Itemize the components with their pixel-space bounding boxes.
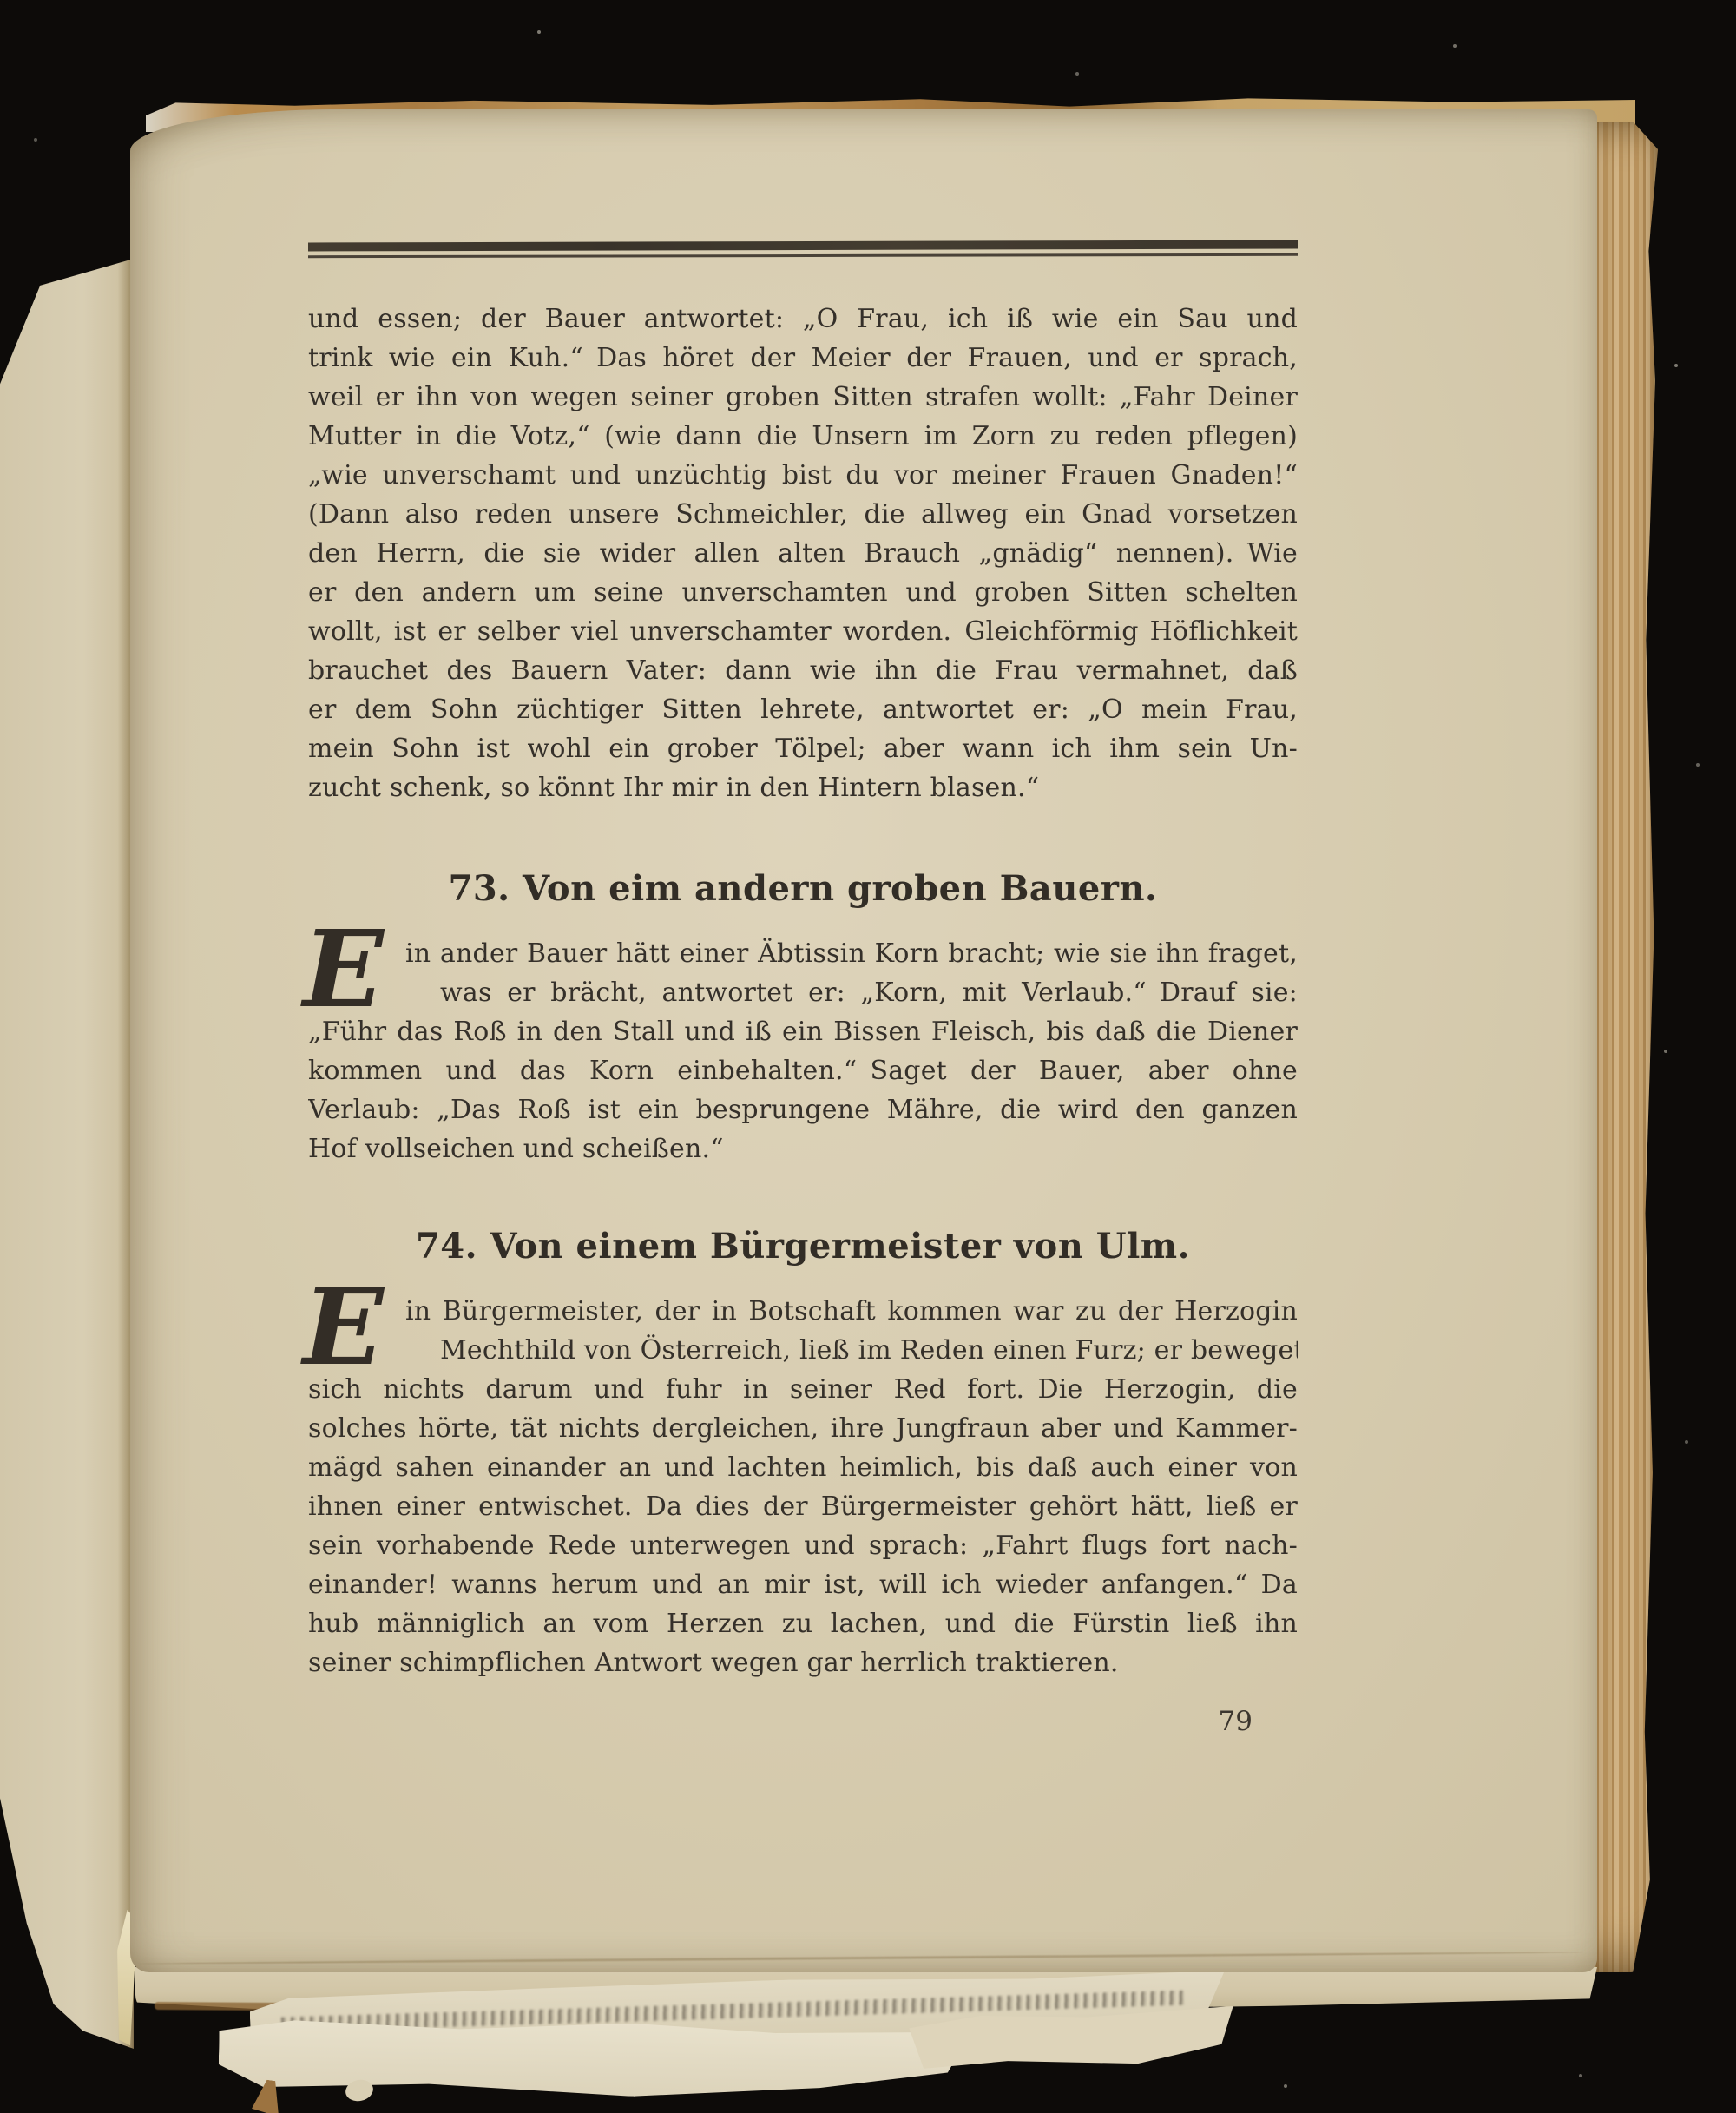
book-page: und essen; der Bauer antwortet: „O Frau,… <box>130 109 1597 1972</box>
text-line: er den andern um seine unverschamten und… <box>308 573 1298 612</box>
section-heading-74: 74. Von einem Bürgermeister von Ulm. <box>308 1224 1298 1269</box>
header-rule-thick <box>308 240 1298 252</box>
section-74: E in Bürgermeister, der in Botschaft kom… <box>308 1292 1298 1682</box>
text-line: trink wie ein Kuh.“ Das höret der Meier … <box>308 339 1298 378</box>
text-line: hub männiglich an vom Herzen zu lachen, … <box>308 1604 1298 1643</box>
section-73-text: in ander Bauer hätt einer Äbtissin Korn … <box>308 934 1298 1168</box>
text-line: „wie unverschamt und unzüchtig bist du v… <box>308 456 1298 495</box>
bottom-page-crease <box>139 1951 1583 1965</box>
drop-cap-initial: E <box>303 1281 433 1377</box>
text-line: mägd sahen einander an und lachten heiml… <box>308 1448 1298 1487</box>
text-line: einander! wanns herum und an mir ist, wi… <box>308 1565 1298 1604</box>
text-line: „Führ das Roß in den Stall und iß ein Bi… <box>308 1012 1298 1051</box>
text-line: er dem Sohn züchtiger Sitten lehrete, an… <box>308 690 1298 729</box>
text-line: und essen; der Bauer antwortet: „O Frau,… <box>308 300 1298 339</box>
page-content: und essen; der Bauer antwortet: „O Frau,… <box>308 241 1298 1740</box>
text-line: mein Sohn ist wohl ein grober Tölpel; ab… <box>308 729 1298 768</box>
text-line: Verlaub: „Das Roß ist ein besprungene Mä… <box>308 1090 1298 1129</box>
text-line: sich nichts darum und fuhr in seiner Red… <box>308 1370 1298 1409</box>
text-line: in ander Bauer hätt einer Äbtissin Korn … <box>308 934 1298 973</box>
text-line: den Herrn, die sie wider allen alten Bra… <box>308 534 1298 573</box>
text-line: ihnen einer entwischet. Da dies der Bürg… <box>308 1487 1298 1526</box>
text-line: kommen und das Korn einbehalten.“ Saget … <box>308 1051 1298 1090</box>
text-line: Hof vollseichen und scheißen.“ <box>308 1129 1298 1168</box>
page-number: 79 <box>308 1703 1298 1740</box>
text-line: sein vorhabende Rede unterwegen und spra… <box>308 1526 1298 1565</box>
text-line: in Bürgermeister, der in Botschaft komme… <box>308 1292 1298 1331</box>
text-line: Mutter in die Votz,“ (wie dann die Unser… <box>308 417 1298 456</box>
text-line: brauchet des Bauern Vater: dann wie ihn … <box>308 651 1298 690</box>
book-fore-edge <box>1592 122 1658 1972</box>
section-73: E in ander Bauer hätt einer Äbtissin Kor… <box>308 934 1298 1168</box>
text-line: was er brächt, antwortet er: „Korn, mit … <box>308 973 1298 1012</box>
text-line: solches hörte, tät nichts dergleichen, i… <box>308 1409 1298 1448</box>
text-line: seiner schimpflichen Antwort wegen gar h… <box>308 1643 1298 1682</box>
section-heading-73: 73. Von eim andern groben Bauern. <box>308 866 1298 912</box>
facing-page-sliver <box>0 259 134 2049</box>
header-rule-thin <box>308 253 1298 258</box>
dust-specks <box>0 0 2 2</box>
text-line: zucht schenk, so könnt Ihr mir in den Hi… <box>308 768 1298 807</box>
text-line: (Dann also reden unsere Schmeichler, die… <box>308 495 1298 534</box>
text-line: wollt, ist er selber viel unverschamter … <box>308 612 1298 651</box>
continuation-paragraph: und essen; der Bauer antwortet: „O Frau,… <box>308 300 1298 807</box>
text-line: weil er ihn von wegen seiner groben Sitt… <box>308 378 1298 417</box>
section-74-text: in Bürgermeister, der in Botschaft komme… <box>308 1292 1298 1682</box>
text-line: Mechthild von Österreich, ließ im Reden … <box>308 1331 1298 1370</box>
drop-cap-initial: E <box>303 924 433 1019</box>
photograph-background: und essen; der Bauer antwortet: „O Frau,… <box>0 0 1736 2113</box>
